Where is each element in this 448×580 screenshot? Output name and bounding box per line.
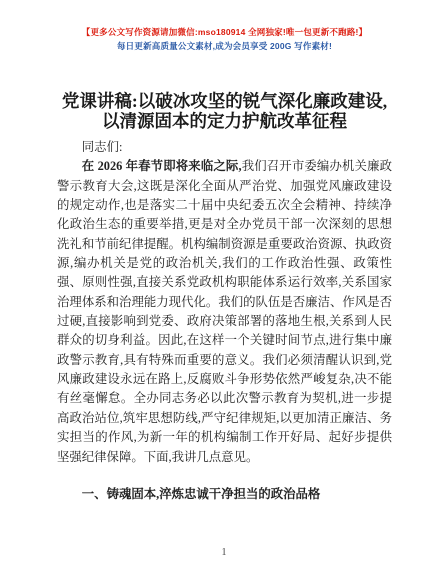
promo-line-red: 【更多公文写作资源请加微信:mso180914 全网独家!唯一包更新不跑路!】	[57, 25, 392, 39]
section-heading-1: 一、铸魂固本,淬炼忠诚干净担当的政治品格	[57, 485, 392, 504]
document-title-line2: 以清源固本的定力护航改革征程	[57, 111, 392, 131]
paragraph-1: 在 2026 年春节即将来临之际,我们召开市委编办机关廉政警示教育大会,这既是深…	[57, 157, 392, 467]
document-title: 党课讲稿:以破冰攻坚的锐气深化廉政建设, 以清源固本的定力护航改革征程	[57, 91, 392, 131]
page-number: 1	[0, 547, 448, 558]
promo-line-blue: 每日更新高质量公文素材,成为会员享受 200G 写作素材!	[57, 39, 392, 53]
document-title-line1: 党课讲稿:以破冰攻坚的锐气深化廉政建设,	[57, 91, 392, 111]
promo-header: 【更多公文写作资源请加微信:mso180914 全网独家!唯一包更新不跑路!】 …	[57, 25, 392, 53]
salutation: 同志们:	[57, 138, 392, 157]
paragraph-1-text: 我们召开市委编办机关廉政警示教育大会,这既是深化全面从严治党、加强党风廉政建设的…	[57, 159, 392, 463]
paragraph-1-lead: 在 2026 年春节即将来临之际,	[82, 159, 242, 173]
document-body: 同志们: 在 2026 年春节即将来临之际,我们召开市委编办机关廉政警示教育大会…	[57, 138, 392, 504]
document-page: 【更多公文写作资源请加微信:mso180914 全网独家!唯一包更新不跑路!】 …	[0, 0, 448, 580]
